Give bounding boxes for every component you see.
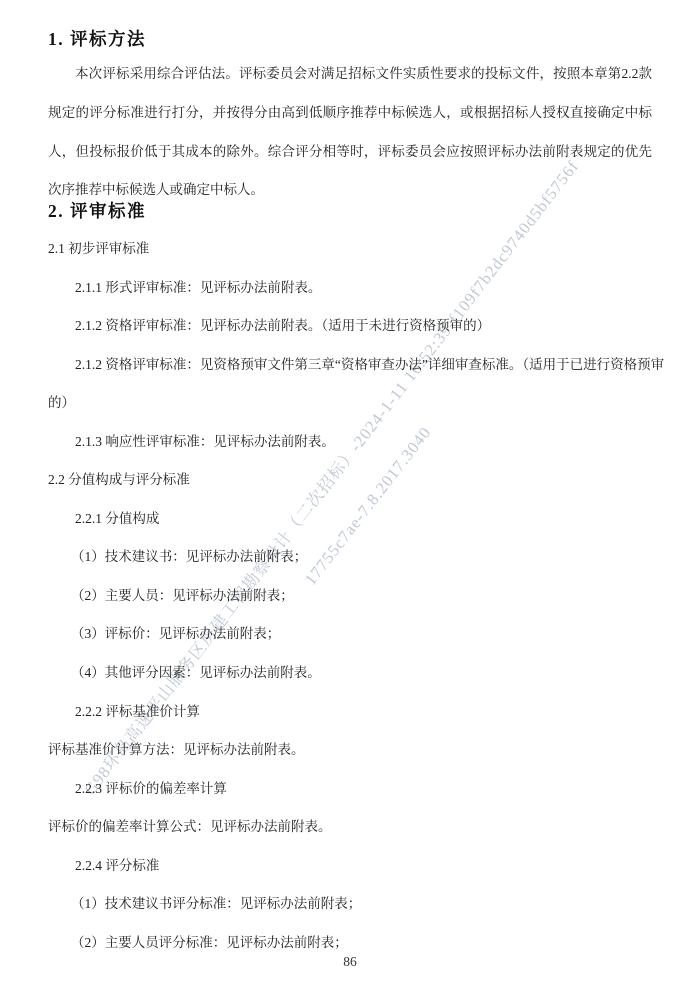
page-number: 86 [0,954,700,970]
document-lines: 2.1 初步评审标准2.1.1 形式评审标准：见评标办法前附表。2.1.2 资格… [48,230,668,962]
document-line: 2.2.2 评标基准价计算 [48,693,668,732]
document-line: 2.1.3 响应性评审标准：见评标办法前附表。 [48,423,668,462]
section-heading-1: 1. 评标方法 [48,26,146,51]
document-line: （1）技术建议书：见评标办法前附表； [48,538,668,577]
document-content: 1. 评标方法 本次评标采用综合评估法。评标委员会对满足招标文件实质性要求的投标… [0,0,700,990]
document-line: 2.2.3 评标价的偏差率计算 [48,770,668,809]
document-line: （3）评标价：见评标办法前附表； [48,615,668,654]
document-line: 评标价的偏差率计算公式：见评标办法前附表。 [48,808,668,847]
document-line: 2.1.1 形式评审标准：见评标办法前附表。 [48,269,668,308]
document-line: 评标基准价计算方法：见评标办法前附表。 [48,731,668,770]
document-page: G98环岛高速平山服务区房建工程勘察设计（二次招标）-2024-1-11 16:… [0,0,700,990]
intro-paragraph: 本次评标采用综合评估法。评标委员会对满足招标文件实质性要求的投标文件，按照本章第… [48,55,652,210]
document-line: （4）其他评分因素：见评标办法前附表。 [48,654,668,693]
section-heading-2: 2. 评审标准 [48,198,146,223]
document-line: 2.1.2 资格评审标准：见资格预审文件第三章“资格审查办法”详细审查标准。（适… [48,346,668,385]
document-line: 2.1 初步评审标准 [48,230,668,269]
document-line: 2.1.2 资格评审标准：见评标办法前附表。（适用于未进行资格预审的） [48,307,668,346]
document-line: 2.2.4 评分标准 [48,847,668,886]
document-line: （1）技术建议书评分标准：见评标办法前附表； [48,885,668,924]
document-line: 2.2.1 分值构成 [48,500,668,539]
document-line: 的） [48,384,668,423]
document-line: 2.2 分值构成与评分标准 [48,461,668,500]
document-line: （2）主要人员：见评标办法前附表； [48,577,668,616]
